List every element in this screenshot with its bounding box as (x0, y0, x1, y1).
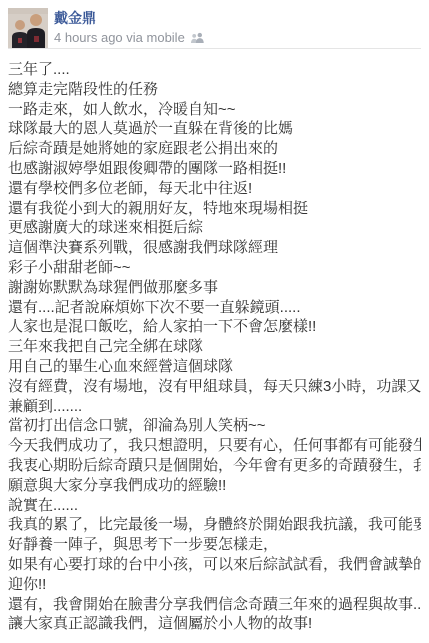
post-text-line: 這個準決賽系列戰，很感謝我們球隊經理 (8, 238, 421, 258)
post-body: 三年了....總算走完階段性的任務一路走來，如人飲水，冷暖自知~~球隊最大的恩人… (0, 49, 429, 642)
post-header-text: 戴金鼎 4 hours ago via mobile (54, 8, 205, 46)
post-text-line: 三年來我把自己完全綁在球隊 (8, 337, 421, 357)
post-text-line: 讓大家真正認識我們，這個屬於小人物的故事! (8, 614, 421, 634)
post-text-line: 兼顧到....... (8, 397, 421, 417)
post-text-line: 也感謝淑婷學姐跟俊卿帶的團隊一路相挺!! (8, 159, 421, 179)
post-text-line: 今天我們成功了，我只想證明，只要有心，任何事都有可能發生! (8, 436, 421, 456)
post-text-line: 還有....記者說麻煩妳下次不要一直躲鏡頭..... (8, 298, 421, 318)
post-meta: 4 hours ago via mobile (54, 30, 205, 46)
post-text-line: 總算走完階段性的任務 (8, 80, 421, 100)
post-text-line: 我真的累了，比完最後一場，身體終於開始跟我抗議，我可能要好 (8, 515, 421, 535)
post-text-line: 彩子小甜甜老師~~ (8, 258, 421, 278)
post-text-line: 還有我從小到大的親朋好友，特地來現場相挺 (8, 199, 421, 219)
post-text-line: 三年了.... (8, 60, 421, 80)
post-text-line: 更感謝廣大的球迷來相挺后綜 (8, 218, 421, 238)
post: 戴金鼎 4 hours ago via mobile 三年了....總算走完階段… (0, 0, 429, 643)
friends-audience-icon (190, 32, 205, 44)
post-text-line: 如果有心要打球的台中小孩，可以來后綜試試看，我們會誠摯的歡 (8, 555, 421, 575)
post-text-line: 當初打出信念口號，卻淪為別人笑柄~~ (8, 416, 421, 436)
post-text-line: 謝謝妳默默為球猩們做那麼多事 (8, 278, 421, 298)
post-text-line: 我衷心期盼后綜奇蹟只是個開始，今年會有更多的奇蹟發生，我會 (8, 456, 421, 476)
post-text-line: 一路走來，如人飲水，冷暖自知~~ (8, 100, 421, 120)
post-text-line: 后綜奇蹟是她將她的家庭跟老公捐出來的 (8, 139, 421, 159)
post-text-line: 還有，我會開始在臉書分享我們信念奇蹟三年來的過程與故事....... (8, 595, 421, 615)
post-text-line: 沒有經費，沒有場地，沒有甲組球員，每天只練3小時，功課又有 (8, 377, 421, 397)
post-header: 戴金鼎 4 hours ago via mobile (0, 0, 429, 48)
avatar-photo-icon (8, 8, 48, 48)
author-name-link[interactable]: 戴金鼎 (54, 9, 96, 27)
post-text-line: 好靜養一陣子，與思考下一步要怎樣走， (8, 535, 421, 555)
post-text-line: 人家也是混口飯吃，給人家拍一下不會怎麼樣!! (8, 317, 421, 337)
post-text-line: 球隊最大的恩人莫過於一直躲在背後的比媽 (8, 119, 421, 139)
post-text-line: 用自己的畢生心血來經營這個球隊 (8, 357, 421, 377)
post-timestamp-link[interactable]: 4 hours ago via mobile (54, 30, 185, 46)
post-text-line: 還有學校們多位老師，每天北中往返! (8, 179, 421, 199)
author-avatar[interactable] (8, 8, 48, 48)
post-text-line: 願意與大家分享我們成功的經驗!! (8, 476, 421, 496)
post-text-line: 說實在...... (8, 496, 421, 516)
post-text-line: 迎你!! (8, 575, 421, 595)
